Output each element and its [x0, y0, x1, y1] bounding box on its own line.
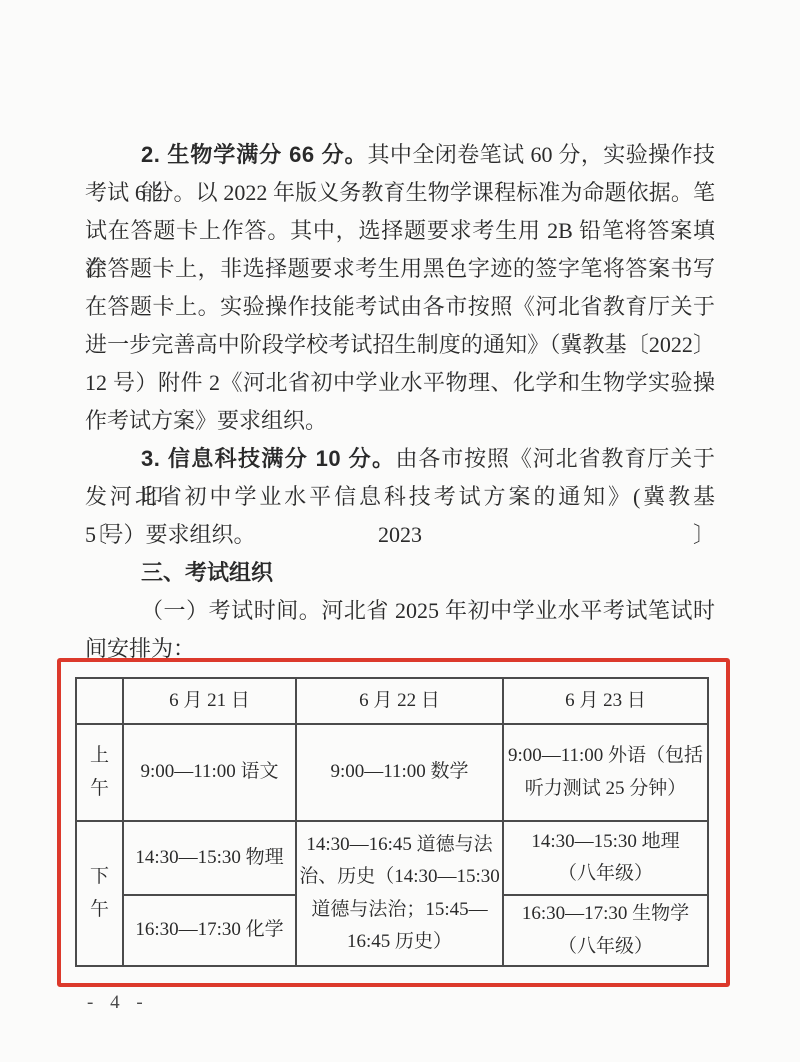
paragraph-biology-line: 在答题卡上，非选择题要求考生用黑色字迹的签字笔将答案书写 — [85, 250, 715, 288]
document-page: 2. 生物学满分 66 分。其中全闭卷笔试 60 分，实验操作技能 考试 6 分… — [0, 0, 800, 1062]
paragraph-biology-line: 进一步完善高中阶段学校考试招生制度的通知》（冀教基〔2022〕 — [85, 326, 715, 364]
table-header-row: 6 月 21 日 6 月 22 日 6 月 23 日 — [76, 678, 708, 724]
paragraph-exam-time-line: （一）考试时间。河北省 2025 年初中学业水平考试笔试时 — [85, 592, 715, 630]
row-label-morning: 上 午 — [76, 724, 123, 821]
paragraph-it-line: 发河北省初中学业水平信息科技考试方案的通知》(冀教基〔2023〕 — [85, 478, 715, 516]
item3-bold-lead: 3. 信息科技满分 10 分。 — [141, 446, 395, 471]
paragraph-biology-line: 在答题卡上。实验操作技能考试由各市按照《河北省教育厅关于 — [85, 288, 715, 326]
table-row-morning: 上 午 9:00—11:00 语文 9:00—11:00 数学 9:00—11:… — [76, 724, 708, 821]
cell-jun22-afternoon-morality-history: 14:30—16:45 道德与法 治、历史（14:30—15:30 道德与法治；… — [296, 821, 503, 966]
cell-jun23-afternoon-geography: 14:30—15:30 地理 （八年级） — [503, 821, 708, 895]
paragraph-biology-line: 12 号）附件 2《河北省初中学业水平物理、化学和生物学实验操 — [85, 364, 715, 402]
page-number: - 4 - — [87, 992, 149, 1014]
item2-bold-lead: 2. 生物学满分 66 分。 — [141, 142, 368, 167]
paragraph-exam-time-line: 间安排为： — [85, 630, 715, 668]
row-label-afternoon: 下 午 — [76, 821, 123, 966]
cell-jun21-morning-chinese: 9:00—11:00 语文 — [123, 724, 296, 821]
paragraph-biology-line: 考试 6 分。以 2022 年版义务教育生物学课程标准为命题依据。笔 — [85, 174, 715, 212]
cell-jun22-morning-math: 9:00—11:00 数学 — [296, 724, 503, 821]
table-corner-cell — [76, 678, 123, 724]
exam-schedule-table: 6 月 21 日 6 月 22 日 6 月 23 日 上 午 9:00—11:0… — [75, 677, 709, 967]
table-row-afternoon-1: 下 午 14:30—15:30 物理 14:30—16:45 道德与法 治、历史… — [76, 821, 708, 895]
section-heading-exam-organization: 三、考试组织 — [85, 554, 715, 592]
cell-jun23-morning-foreign-language: 9:00—11:00 外语（包括 听力测试 25 分钟） — [503, 724, 708, 821]
date-header-jun22: 6 月 22 日 — [296, 678, 503, 724]
cell-jun21-afternoon-physics: 14:30—15:30 物理 — [123, 821, 296, 895]
paragraph-biology-line: 2. 生物学满分 66 分。其中全闭卷笔试 60 分，实验操作技能 — [85, 136, 715, 174]
date-header-jun23: 6 月 23 日 — [503, 678, 708, 724]
cell-jun21-afternoon-chemistry: 16:30—17:30 化学 — [123, 895, 296, 966]
paragraph-biology-line: 试在答题卡上作答。其中，选择题要求考生用 2B 铅笔将答案填涂 — [85, 212, 715, 250]
document-body: 2. 生物学满分 66 分。其中全闭卷笔试 60 分，实验操作技能 考试 6 分… — [85, 136, 715, 668]
date-header-jun21: 6 月 21 日 — [123, 678, 296, 724]
cell-jun23-afternoon-biology: 16:30—17:30 生物学 （八年级） — [503, 895, 708, 966]
paragraph-it-line: 3. 信息科技满分 10 分。由各市按照《河北省教育厅关于印 — [85, 440, 715, 478]
paragraph-biology-line: 作考试方案》要求组织。 — [85, 402, 715, 440]
